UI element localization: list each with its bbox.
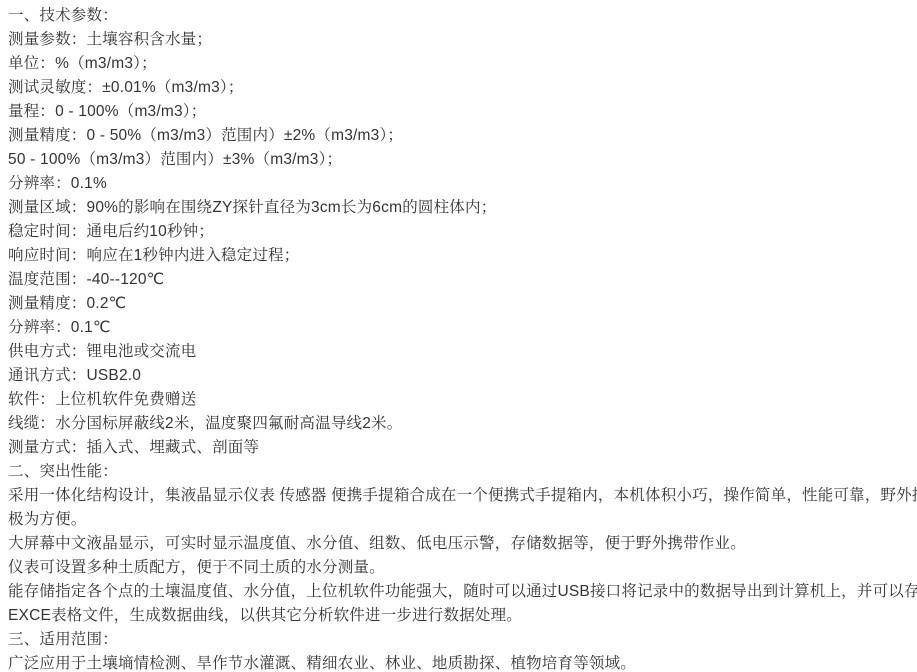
spec-line-response-time: 响应时间：响应在1秒钟内进入稳定过程； bbox=[8, 244, 917, 268]
spec-line-accuracy-2: 50 - 100%（m3/m3）范围内）±3%（m3/m3）； bbox=[8, 148, 917, 172]
spec-line-measure-area: 测量区域：90%的影响在围绕ZY探针直径为3cm长为6cm的圆柱体内； bbox=[8, 196, 917, 220]
spec-line-sensitivity: 测试灵敏度：±0.01%（m3/m3）； bbox=[8, 76, 917, 100]
spec-line-resolution: 分辨率：0.1% bbox=[8, 172, 917, 196]
spec-line-temp-resolution: 分辨率：0.1℃ bbox=[8, 316, 917, 340]
spec-line-temp-accuracy: 测量精度：0.2℃ bbox=[8, 292, 917, 316]
feature-line-5: 能存储指定各个点的土壤温度值、水分值，上位机软件功能强大，随时可以通过USB接口… bbox=[8, 580, 917, 604]
section-features-heading: 二、突出性能： bbox=[8, 460, 917, 484]
spec-line-measure-param: 测量参数：土壤容积含水量； bbox=[8, 28, 917, 52]
feature-line-1: 采用一体化结构设计，集液晶显示仪表 传感器 便携手提箱合成在一个便携式手提箱内，… bbox=[8, 484, 917, 508]
feature-line-3: 大屏幕中文液晶显示，可实时显示温度值、水分值、组数、低电压示警，存储数据等，便于… bbox=[8, 532, 917, 556]
spec-line-accuracy-1: 测量精度：0 - 50%（m3/m3）范围内）±2%（m3/m3）； bbox=[8, 124, 917, 148]
spec-line-unit: 单位：%（m3/m3）； bbox=[8, 52, 917, 76]
spec-line-software: 软件：上位机软件免费赠送 bbox=[8, 388, 917, 412]
spec-line-temp-range: 温度范围：-40--120℃ bbox=[8, 268, 917, 292]
feature-line-2: 极为方便。 bbox=[8, 508, 917, 532]
spec-line-cable: 线缆：水分国标屏蔽线2米，温度聚四氟耐高温导线2米。 bbox=[8, 412, 917, 436]
spec-line-range: 量程：0 - 100%（m3/m3）； bbox=[8, 100, 917, 124]
application-line: 广泛应用于土壤墒情检测、旱作节水灌溉、精细农业、林业、地质勘探、植物培育等领域。 bbox=[8, 652, 917, 672]
section-tech-params-heading: 一、技术参数： bbox=[8, 4, 917, 28]
feature-line-6: EXCE表格文件，生成数据曲线，以供其它分析软件进一步进行数据处理。 bbox=[8, 604, 917, 628]
spec-line-power-supply: 供电方式：锂电池或交流电 bbox=[8, 340, 917, 364]
document: 一、技术参数： 测量参数：土壤容积含水量； 单位：%（m3/m3）； 测试灵敏度… bbox=[0, 0, 917, 672]
spec-line-measure-method: 测量方式：插入式、埋藏式、剖面等 bbox=[8, 436, 917, 460]
spec-line-stabilize-time: 稳定时间：通电后约10秒钟； bbox=[8, 220, 917, 244]
spec-line-comm-method: 通讯方式：USB2.0 bbox=[8, 364, 917, 388]
section-applications-heading: 三、适用范围： bbox=[8, 628, 917, 652]
feature-line-4: 仪表可设置多种土质配方，便于不同土质的水分测量。 bbox=[8, 556, 917, 580]
